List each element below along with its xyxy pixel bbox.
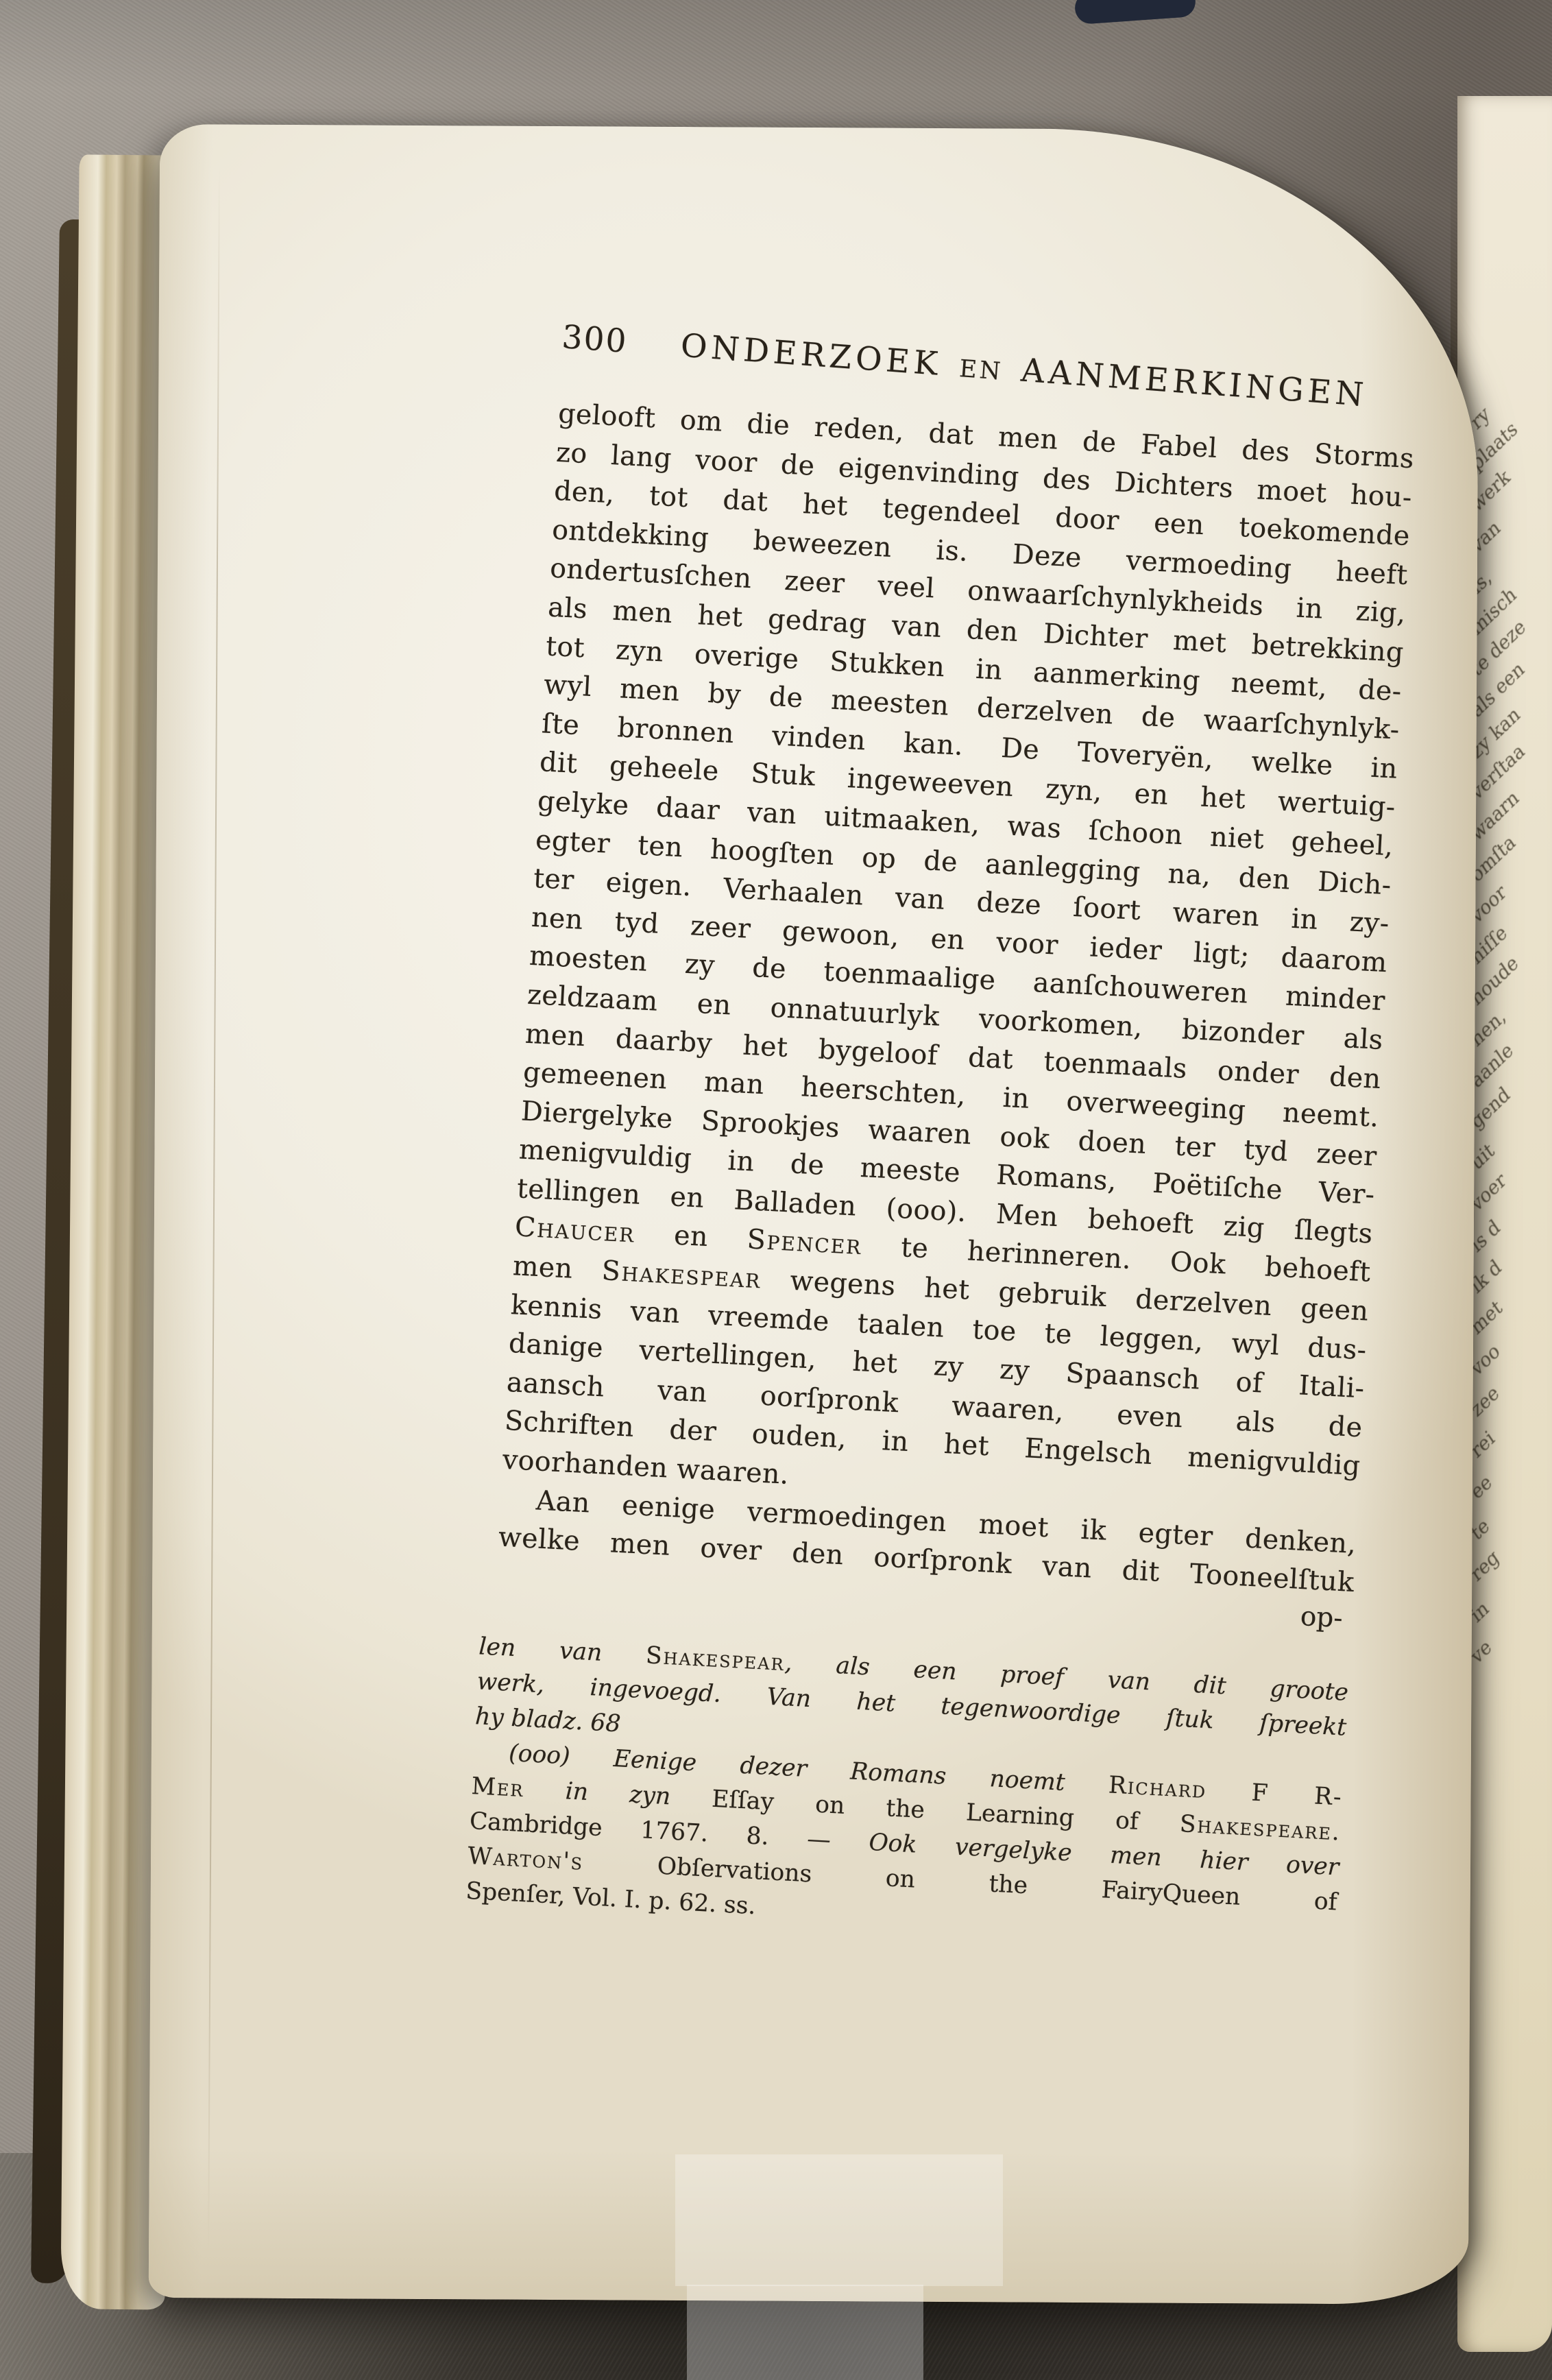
body-text: gelooft om die reden, dat men de Fabel d… [498,394,1416,1602]
watermark-rect [675,2154,1003,2286]
header-title-word: AANMERKINGEN [1020,352,1369,415]
page-number: 300 [561,318,629,361]
footnotes: len van Shakespear, als een proef van di… [465,1629,1349,1955]
book-page: 300 ONDERZOEK EN AANMERKINGEN gelooft om… [149,124,1480,2305]
book-photo: ryplaatswerkvanis,mischte dezeals eenzy … [0,0,1552,2380]
header-title-conjunction: EN [958,355,1004,386]
page-crease-line [208,165,220,2250]
header-title-word: ONDERZOEK [679,327,943,383]
next-page-text-fragments: ryplaatswerkvanis,mischte dezeals eenzy … [1478,411,1552,1687]
watermark-strip [687,2285,923,2380]
page-text: 300 ONDERZOEK EN AANMERKINGEN gelooft om… [478,318,1419,1955]
